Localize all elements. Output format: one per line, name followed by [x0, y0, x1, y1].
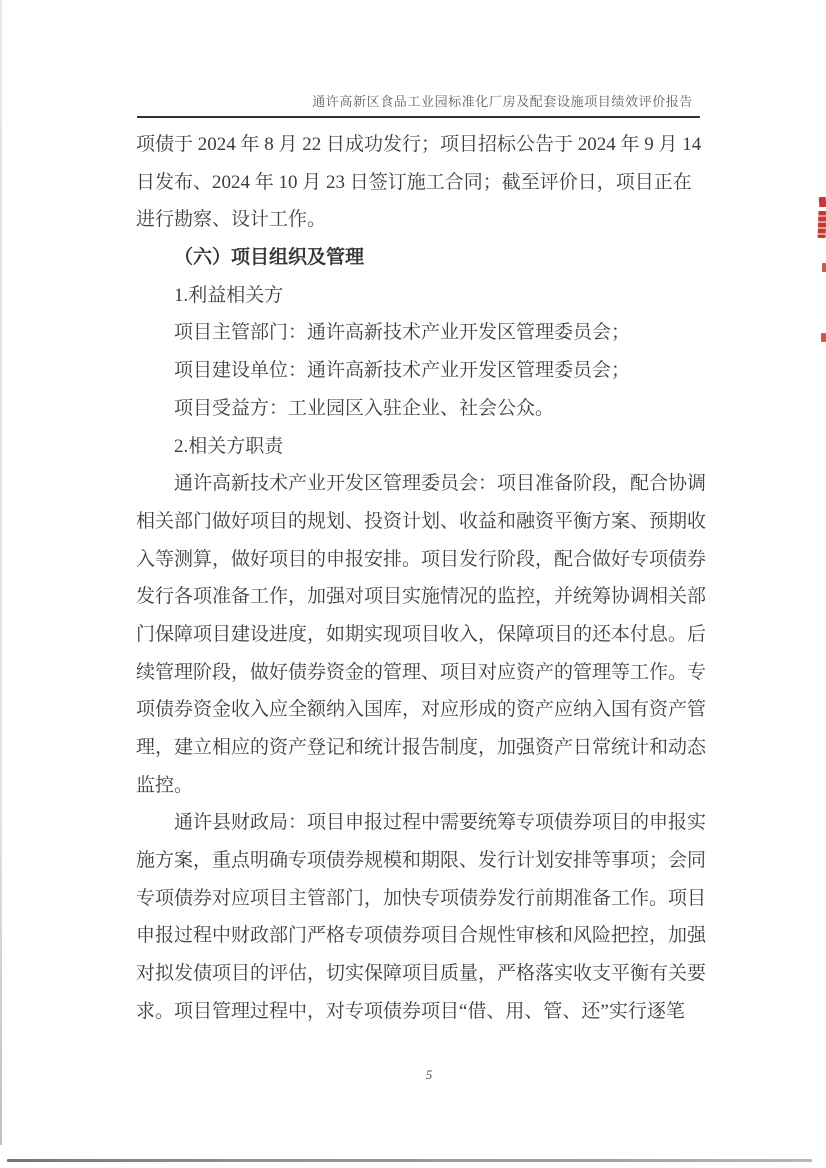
document-page: 通许高新区食品工业园标准化厂房及配套设施项目绩效评价报告 项债于 2024 年 … [0, 0, 826, 1168]
body-line: 门保障项目建设进度，如期实现项目收入，保障项目的还本付息。后 [136, 616, 704, 654]
body-line: 续管理阶段，做好债券资金的管理、项目对应资产的管理等工作。专 [136, 654, 704, 692]
stakeholder-line: 项目受益方：工业园区入驻企业、社会公众。 [136, 390, 704, 428]
body-line: 项债于 2024 年 8 月 22 日成功发行；项目招标公告于 2024 年 9… [136, 126, 704, 164]
page-body: 项债于 2024 年 8 月 22 日成功发行；项目招标公告于 2024 年 9… [136, 126, 704, 1031]
list-heading: 1.利益相关方 [136, 277, 704, 315]
body-line: 进行勘察、设计工作。 [136, 201, 704, 239]
scan-edge-left [0, 0, 2, 1145]
red-stamp-fragment [818, 211, 826, 238]
body-line: 日发布、2024 年 10 月 23 日签订施工合同；截至评价日，项目正在 [136, 164, 704, 202]
stakeholder-line: 项目建设单位：通许高新技术产业开发区管理委员会； [136, 352, 704, 390]
header-rule [137, 116, 700, 118]
body-line: 施方案，重点明确专项债券规模和期限、发行计划安排等事项；会同 [136, 842, 704, 880]
body-line: 专项债券对应项目主管部门，加快专项债券发行前期准备工作。项目 [136, 880, 704, 918]
body-line: 申报过程中财政部门严格专项债券项目合规性审核和风险把控，加强 [136, 917, 704, 955]
body-line: 发行各项准备工作，加强对项目实施情况的监控，并统筹协调相关部 [136, 578, 704, 616]
body-line: 通许高新技术产业开发区管理委员会：项目准备阶段，配合协调 [136, 465, 704, 503]
stakeholder-line: 项目主管部门：通许高新技术产业开发区管理委员会； [136, 314, 704, 352]
body-line: 理，建立相应的资产登记和统计报告制度，加强资产日常统计和动态 [136, 729, 704, 767]
section-heading: （六）项目组织及管理 [136, 239, 704, 277]
body-line: 监控。 [136, 767, 704, 805]
red-stamp-fragment [821, 333, 826, 342]
running-header-title: 通许高新区食品工业园标准化厂房及配套设施项目绩效评价报告 [0, 91, 693, 110]
red-stamp-fragment [822, 263, 826, 272]
red-stamp-fragment [819, 197, 826, 207]
body-line: 求。项目管理过程中，对专项债券项目“借、用、管、还”实行逐笔 [136, 993, 704, 1031]
list-heading: 2.相关方职责 [136, 428, 704, 466]
scan-edge-bottom [7, 1159, 812, 1162]
body-line: 项债券资金收入应全额纳入国库，对应形成的资产应纳入国有资产管 [136, 691, 704, 729]
body-line: 入等测算，做好项目的申报安排。项目发行阶段，配合做好专项债券 [136, 541, 704, 579]
body-line: 对拟发债项目的评估，切实保障项目质量，严格落实收支平衡有关要 [136, 955, 704, 993]
body-line: 相关部门做好项目的规划、投资计划、收益和融资平衡方案、预期收 [136, 503, 704, 541]
body-line: 通许县财政局：项目申报过程中需要统筹专项债券项目的申报实 [136, 804, 704, 842]
page-number: 5 [417, 1067, 441, 1083]
